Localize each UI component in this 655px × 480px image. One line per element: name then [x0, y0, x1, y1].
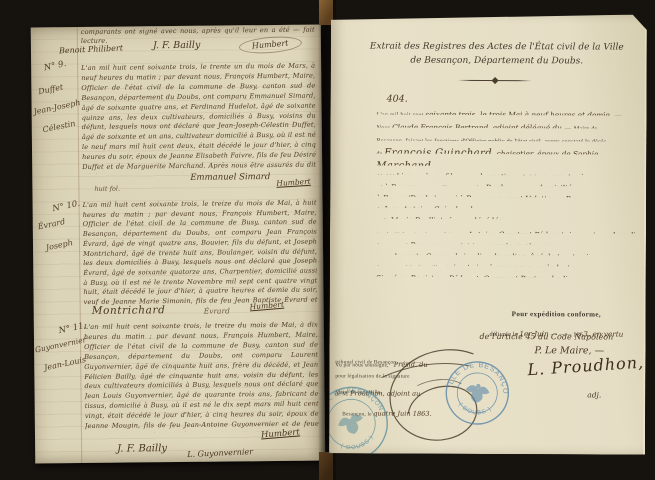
- signature-proudhon: L. Proudhon,: [527, 353, 645, 380]
- pour-le-maire-text: P. Le Maire, —: [534, 345, 604, 356]
- signature-bailly-bottom: J. F. Bailly: [117, 443, 167, 455]
- expedition-title: Pour expédition conforme,: [512, 310, 601, 318]
- page-edge-highlight: [643, 15, 647, 455]
- binding-bottom: [319, 452, 333, 480]
- binding-top: [319, 0, 333, 25]
- act-line: Besançon, faisant les fonctions d'Offici…: [376, 127, 638, 141]
- act-paragraph-decease: décédé hier, — à neuf heures du matin — …: [376, 164, 638, 220]
- archive-scan: comparants ont signé avec nous, après qu…: [0, 0, 655, 480]
- svg-text:( DOUBS ): ( DOUBS ): [456, 401, 494, 419]
- ville-de-besancon-stamp-icon: VILLE DE BESANÇON ( DOUBS ): [439, 354, 516, 431]
- signature-montrichard: Montrichard: [92, 304, 166, 317]
- act-line: de François Guinchard, chaisetier, époux…: [376, 140, 638, 154]
- signature-bailly-top: J. F. Bailly: [153, 40, 201, 51]
- act-9-body-text: L'an mil huit cent soixante trois, le tr…: [81, 62, 316, 174]
- adjoint-abbreviation: adj.: [587, 390, 601, 399]
- expedition-article-line: de l'article 45 du Code Napoléon: [480, 332, 614, 342]
- marginal-note-act9: huit fol.: [94, 185, 120, 193]
- extract-right-page: Extrait des Registres des Actes de l'Éta…: [329, 13, 647, 454]
- act-line: Signé au Registre : Pédanet, Carrez et B…: [376, 266, 638, 278]
- extract-header-line2: de Besançon, Département du Doubs.: [361, 53, 633, 68]
- extract-header-line1: Extrait des Registres des Actes de l'Éta…: [361, 39, 633, 54]
- act-paragraph-declaration: Sur la déclaration à nous faite par Anto…: [376, 222, 638, 278]
- signature-simard: Emmanuel Simard: [190, 172, 270, 183]
- act-line: L'an mil huit cent soixante trois, le tr…: [377, 102, 639, 116]
- act-line: Nous Claude François Bertrand, adjoint d…: [376, 114, 638, 128]
- header-divider-ornament: [458, 78, 532, 83]
- svg-text:( DOUBS ): ( DOUBS ): [338, 433, 377, 455]
- extract-header: Extrait des Registres des Actes de l'Éta…: [361, 39, 633, 68]
- register-left-page: comparants ont signé avec nous, après qu…: [31, 24, 326, 463]
- act-10-body-text: L'an mil huit cent soixante trois, le tr…: [83, 199, 318, 307]
- act-11-body-text: L'an mil huit cent soixante trois, le tr…: [84, 321, 319, 433]
- act-paragraph-identity: L'an mil huit cent soixante trois, le tr…: [376, 102, 638, 168]
- signature-evrard: Évrard: [204, 306, 230, 315]
- act-line: et de Marie Paulliet, époux décédés. ———…: [376, 208, 638, 220]
